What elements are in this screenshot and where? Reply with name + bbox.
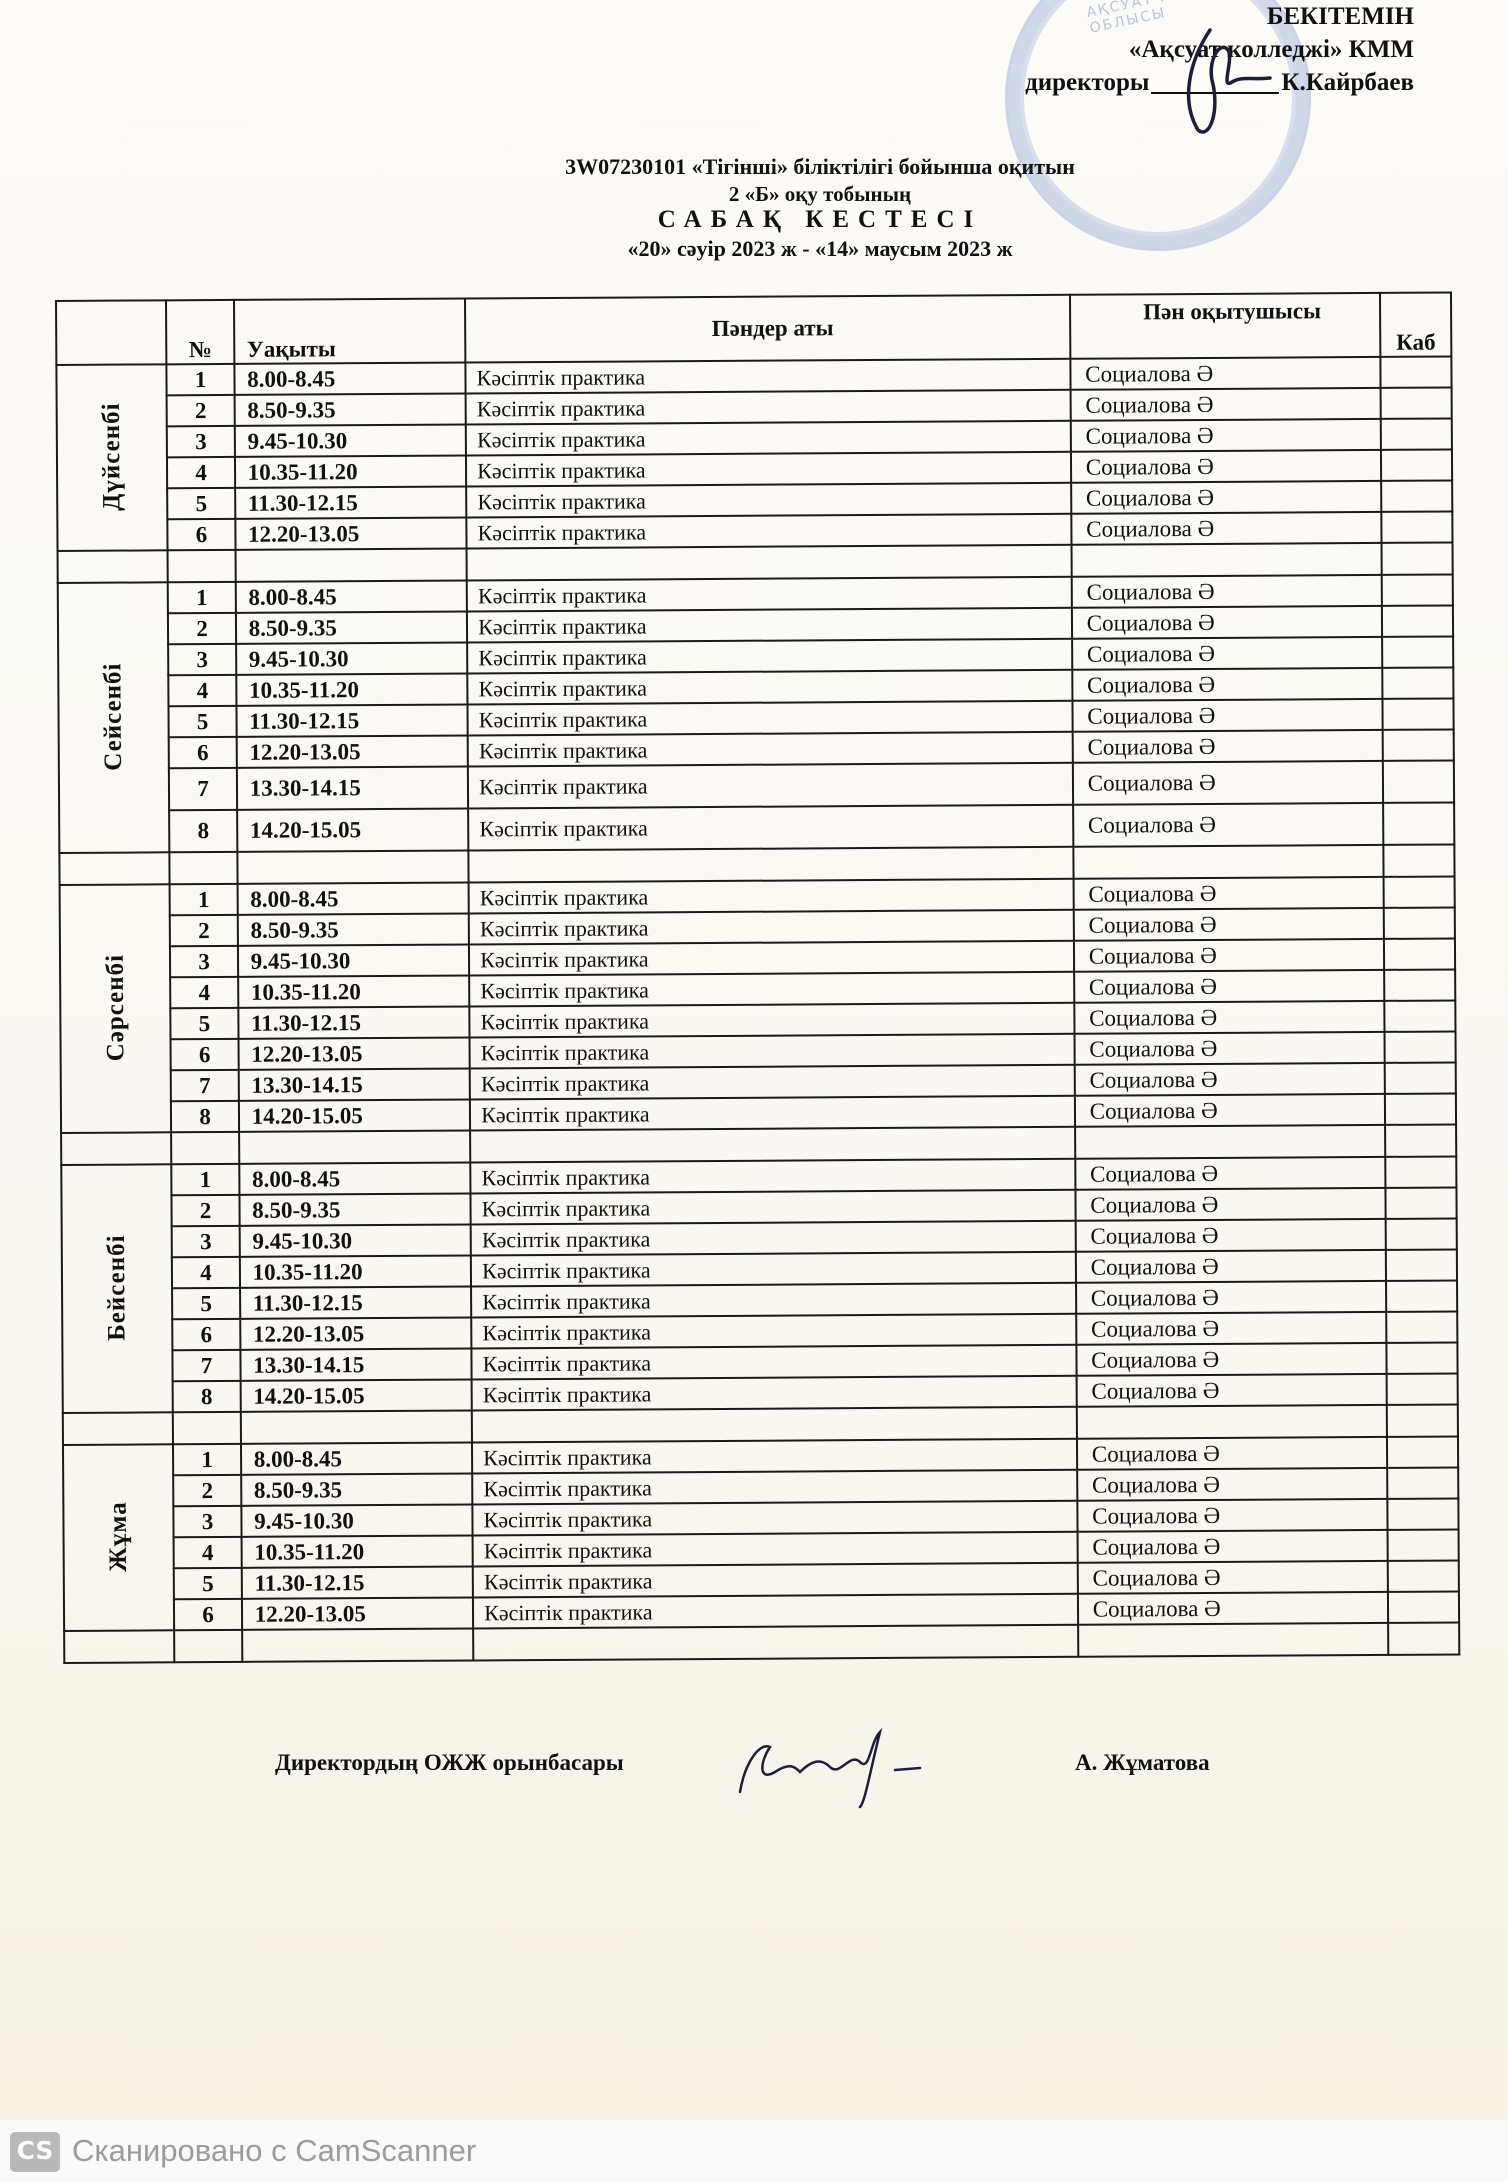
lesson-room [1385, 1093, 1456, 1124]
lesson-number: 8 [170, 810, 237, 852]
day-cell: Сәрсенбі [60, 884, 172, 1133]
lesson-teacher: Социалова Ә [1074, 1001, 1385, 1034]
lesson-room [1388, 1560, 1459, 1591]
scanned-page: АҚСУАТ КОЛЛЕДЖІ · ОБЛЫСЫ БЕКІТЕМІН «Ақсу… [0, 0, 1508, 2120]
lesson-time: 12.20-13.05 [242, 1597, 474, 1629]
lesson-subject: Кәсіптік практика [466, 390, 1071, 425]
lesson-time: 9.45-10.30 [234, 424, 466, 456]
lesson-number: 2 [172, 1195, 239, 1226]
header-number: № [166, 300, 234, 364]
lesson-room [1388, 1498, 1459, 1529]
lesson-time: 12.20-13.05 [240, 1317, 472, 1349]
lesson-room [1386, 1187, 1457, 1218]
lesson-subject: Кәсіптік практика [470, 1034, 1075, 1069]
lesson-subject: Кәсіптік практика [466, 452, 1071, 487]
lesson-time: 8.00-8.45 [241, 1442, 473, 1474]
lesson-subject: Кәсіптік практика [469, 910, 1074, 945]
lesson-room [1382, 511, 1453, 542]
lesson-time: 10.35-11.20 [235, 455, 467, 487]
lesson-teacher: Социалова Ә [1075, 1157, 1386, 1190]
lesson-teacher: Социалова Ә [1073, 803, 1384, 847]
lesson-number: 5 [172, 1288, 239, 1319]
lesson-time: 13.30-14.15 [238, 1068, 470, 1100]
lesson-number: 1 [168, 582, 235, 613]
lesson-room [1388, 1591, 1459, 1622]
lesson-number: 1 [173, 1444, 240, 1475]
lesson-time: 11.30-12.15 [240, 1286, 472, 1318]
day-cell: Бейсенбі [61, 1164, 173, 1413]
lesson-teacher: Социалова Ә [1071, 481, 1382, 514]
empty-cell [59, 852, 170, 885]
lesson-time: 12.20-13.05 [235, 517, 467, 549]
lesson-subject: Кәсіптік практика [468, 763, 1073, 809]
empty-cell [61, 1132, 172, 1165]
day-cell: Дүйсенбі [56, 364, 168, 551]
empty-cell [1388, 1622, 1459, 1654]
lesson-time: 13.30-14.15 [237, 766, 469, 809]
lesson-time: 10.35-11.20 [241, 1535, 473, 1567]
day-label: Бейсенбі [104, 1234, 131, 1341]
deputy-signature-icon [720, 1722, 980, 1812]
document-title: 3W07230101 «Тігінші» біліктілігі бойынша… [470, 152, 1170, 264]
lesson-number: 1 [167, 364, 234, 395]
lesson-subject: Кәсіптік практика [466, 421, 1071, 456]
lesson-number: 3 [172, 1226, 239, 1257]
lesson-subject: Кәсіптік практика [467, 608, 1072, 643]
lesson-number: 2 [170, 915, 237, 946]
lesson-time: 8.00-8.45 [234, 362, 466, 394]
lesson-time: 11.30-12.15 [236, 704, 468, 736]
lesson-number: 7 [171, 1070, 238, 1101]
lesson-subject: Кәсіптік практика [471, 1221, 1076, 1256]
empty-cell [1387, 1404, 1458, 1436]
lesson-number: 2 [168, 613, 235, 644]
lesson-room [1385, 1031, 1456, 1062]
empty-cell [467, 545, 1072, 581]
lesson-room [1382, 574, 1453, 605]
lesson-time: 8.50-9.35 [239, 1193, 471, 1225]
lesson-subject: Кәсіптік практика [471, 1190, 1076, 1225]
empty-cell [170, 852, 237, 884]
lesson-time: 11.30-12.15 [235, 486, 467, 518]
lesson-room [1383, 667, 1454, 698]
lesson-number: 6 [168, 519, 235, 550]
lesson-time: 8.50-9.35 [237, 913, 469, 945]
lesson-time: 9.45-10.30 [236, 642, 468, 674]
lesson-number: 7 [173, 1350, 240, 1381]
lesson-subject: Кәсіптік практика [470, 1065, 1075, 1100]
lesson-subject: Кәсіптік практика [473, 1594, 1078, 1629]
lesson-time: 13.30-14.15 [240, 1348, 472, 1380]
lesson-room [1386, 1218, 1457, 1249]
director-label: директоры [1025, 66, 1149, 99]
empty-cell [240, 1410, 472, 1443]
lesson-number: 5 [169, 706, 236, 737]
lesson-room [1382, 636, 1453, 667]
lesson-number: 1 [172, 1164, 239, 1195]
lesson-room [1387, 1373, 1458, 1404]
lesson-time: 8.00-8.45 [239, 1162, 471, 1194]
empty-cell [469, 847, 1074, 883]
empty-cell [1071, 543, 1382, 577]
lesson-room [1381, 387, 1452, 418]
lesson-number: 6 [169, 737, 236, 768]
empty-cell [473, 1625, 1078, 1661]
schedule-table: № Уақыты Пәндер аты Пән оқытушысы Каб Дү… [55, 291, 1460, 1664]
lesson-number: 3 [169, 644, 236, 675]
lesson-subject: Кәсіптік практика [471, 1283, 1076, 1318]
lesson-room [1381, 418, 1452, 449]
header-room: Каб [1380, 292, 1451, 356]
lesson-number: 4 [169, 675, 236, 706]
empty-cell [239, 1130, 471, 1163]
lesson-number: 4 [167, 457, 234, 488]
lesson-number: 2 [167, 395, 234, 426]
lesson-room [1384, 907, 1455, 938]
lesson-teacher: Социалова Ә [1071, 512, 1382, 545]
lesson-number: 8 [173, 1381, 240, 1412]
camscanner-text: Сканировано с CamScanner [72, 2133, 476, 2169]
lesson-subject: Кәсіптік практика [469, 879, 1074, 914]
lesson-time: 14.20-15.05 [239, 1099, 471, 1131]
title-period: «20» сәуір 2023 ж - «14» маусым 2023 ж [470, 234, 1170, 264]
lesson-time: 8.50-9.35 [236, 611, 468, 643]
lesson-time: 8.50-9.35 [241, 1473, 473, 1505]
empty-cell [168, 550, 235, 582]
lesson-number: 6 [173, 1319, 240, 1350]
lesson-teacher: Социалова Ә [1075, 1188, 1386, 1221]
empty-cell [1077, 1405, 1388, 1439]
lesson-teacher: Социалова Ә [1072, 637, 1383, 670]
lesson-number: 8 [171, 1101, 238, 1132]
lesson-teacher: Социалова Ә [1070, 357, 1381, 390]
lesson-teacher: Социалова Ә [1071, 419, 1382, 452]
lesson-subject: Кәсіптік практика [473, 1532, 1078, 1567]
lesson-subject: Кәсіптік практика [470, 1159, 1075, 1194]
lesson-subject: Кәсіптік практика [471, 1252, 1076, 1287]
empty-cell [1075, 1125, 1386, 1159]
empty-cell [64, 1630, 175, 1663]
lesson-teacher: Социалова Ә [1077, 1530, 1388, 1563]
camscanner-watermark: CS Сканировано с CamScanner [0, 2120, 1508, 2182]
lesson-teacher: Социалова Ә [1077, 1499, 1388, 1532]
empty-cell [1078, 1623, 1389, 1657]
lesson-teacher: Социалова Ә [1072, 668, 1383, 701]
lesson-subject: Кәсіптік практика [471, 1314, 1076, 1349]
lesson-room [1381, 480, 1452, 511]
lesson-teacher: Социалова Ә [1077, 1561, 1388, 1594]
lesson-number: 3 [170, 946, 237, 977]
lesson-subject: Кәсіптік практика [473, 1501, 1078, 1536]
lesson-subject: Кәсіптік практика [469, 941, 1074, 976]
empty-cell [1382, 542, 1453, 574]
lesson-time: 8.50-9.35 [234, 393, 466, 425]
lesson-time: 10.35-11.20 [236, 673, 468, 705]
empty-cell [172, 1132, 239, 1164]
lesson-subject: Кәсіптік практика [466, 359, 1071, 394]
day-cell: Жұма [63, 1444, 175, 1631]
lesson-teacher: Социалова Ә [1071, 575, 1382, 608]
lesson-number: 2 [174, 1475, 241, 1506]
lesson-time: 10.35-11.20 [240, 1255, 472, 1287]
lesson-number: 3 [167, 426, 234, 457]
lesson-time: 14.20-15.05 [237, 808, 469, 851]
lesson-number: 6 [171, 1039, 238, 1070]
empty-cell [1384, 844, 1455, 876]
lesson-time: 8.00-8.45 [237, 882, 469, 914]
director-signature-icon [1150, 20, 1300, 140]
lesson-number: 5 [171, 1008, 238, 1039]
lesson-subject: Кәсіптік практика [473, 1563, 1078, 1598]
lesson-time: 9.45-10.30 [241, 1504, 473, 1536]
lesson-teacher: Социалова Ә [1074, 939, 1385, 972]
title-qualification: 3W07230101 «Тігінші» біліктілігі бойынша… [470, 152, 1170, 182]
empty-cell [470, 1127, 1075, 1163]
lesson-time: 8.00-8.45 [235, 580, 467, 612]
lesson-subject: Кәсіптік практика [469, 972, 1074, 1007]
lesson-teacher: Социалова Ә [1074, 908, 1385, 941]
lesson-room [1381, 356, 1452, 387]
empty-cell [1073, 845, 1384, 879]
lesson-room [1386, 1311, 1457, 1342]
lesson-subject: Кәсіптік практика [467, 639, 1072, 674]
lesson-time: 10.35-11.20 [238, 975, 470, 1007]
lesson-teacher: Социалова Ә [1076, 1374, 1387, 1407]
camscanner-logo-icon: CS [10, 2132, 60, 2172]
empty-cell [235, 548, 467, 581]
lesson-room [1386, 1156, 1457, 1187]
lesson-time: 12.20-13.05 [236, 735, 468, 767]
lesson-room [1384, 969, 1455, 1000]
empty-cell [242, 1628, 474, 1661]
lesson-room [1387, 1436, 1458, 1467]
lesson-time: 9.45-10.30 [238, 944, 470, 976]
header-subject: Пәндер аты [465, 295, 1070, 363]
lesson-teacher: Социалова Ә [1074, 1032, 1385, 1065]
title-group: 2 «Б» оқу тобының [470, 182, 1170, 206]
lesson-number: 4 [174, 1537, 241, 1568]
lesson-teacher: Социалова Ә [1072, 730, 1383, 763]
empty-cell [173, 1412, 240, 1444]
lesson-room [1383, 760, 1454, 802]
lesson-number: 3 [174, 1506, 241, 1537]
lesson-teacher: Социалова Ә [1077, 1437, 1388, 1470]
lesson-number: 7 [169, 768, 236, 810]
lesson-teacher: Социалова Ә [1073, 877, 1384, 910]
lesson-teacher: Социалова Ә [1074, 1063, 1385, 1096]
lesson-room [1385, 1000, 1456, 1031]
day-label: Сәрсенбі [102, 953, 129, 1061]
lesson-teacher: Социалова Ә [1071, 450, 1382, 483]
lesson-time: 9.45-10.30 [239, 1224, 471, 1256]
lesson-teacher: Социалова Ә [1077, 1468, 1388, 1501]
lesson-room [1383, 729, 1454, 760]
empty-cell [175, 1630, 242, 1662]
table-header-row: № Уақыты Пәндер аты Пән оқытушысы Каб [56, 292, 1451, 365]
day-label: Жұма [106, 1501, 132, 1572]
lesson-room [1388, 1529, 1459, 1560]
lesson-subject: Кәсіптік практика [472, 1439, 1077, 1474]
lesson-time: 11.30-12.15 [241, 1566, 473, 1598]
lesson-room [1381, 449, 1452, 480]
lesson-subject: Кәсіптік практика [470, 1096, 1075, 1131]
lesson-teacher: Социалова Ә [1070, 388, 1381, 421]
lesson-number: 4 [172, 1257, 239, 1288]
lesson-room [1384, 876, 1455, 907]
deputy-role: Директордың ОЖЖ орынбасары [275, 1750, 624, 1776]
lesson-room [1382, 605, 1453, 636]
lesson-teacher: Социалова Ә [1075, 1219, 1386, 1252]
lesson-subject: Кәсіптік практика [468, 805, 1073, 851]
lesson-room [1383, 698, 1454, 729]
title-schedule: САБАҚ КЕСТЕСІ [470, 206, 1170, 234]
lesson-subject: Кәсіптік практика [468, 701, 1073, 736]
lesson-subject: Кәсіптік практика [466, 483, 1071, 518]
lesson-number: 5 [174, 1568, 241, 1599]
lesson-subject: Кәсіптік практика [472, 1376, 1077, 1411]
lesson-time: 11.30-12.15 [238, 1006, 470, 1038]
header-day [56, 300, 167, 365]
empty-cell [63, 1412, 174, 1445]
lesson-subject: Кәсіптік практика [469, 1003, 1074, 1038]
lesson-room [1387, 1467, 1458, 1498]
lesson-subject: Кәсіптік практика [468, 732, 1073, 767]
lesson-teacher: Социалова Ә [1072, 606, 1383, 639]
lesson-number: 4 [171, 977, 238, 1008]
lesson-subject: Кәсіптік практика [466, 514, 1071, 549]
lesson-number: 1 [170, 884, 237, 915]
deputy-name: А. Жұматова [1075, 1750, 1210, 1776]
lesson-time: 14.20-15.05 [240, 1379, 472, 1411]
lesson-room [1384, 938, 1455, 969]
lesson-teacher: Социалова Ә [1072, 699, 1383, 732]
lesson-teacher: Социалова Ә [1075, 1094, 1386, 1127]
lesson-subject: Кәсіптік практика [467, 577, 1072, 612]
lesson-time: 12.20-13.05 [238, 1037, 470, 1069]
lesson-room [1385, 1062, 1456, 1093]
lesson-room [1383, 802, 1454, 844]
day-label: Сейсенбі [100, 662, 127, 770]
director-name: К.Кайрбаев [1281, 66, 1414, 99]
lesson-teacher: Социалова Ә [1074, 970, 1385, 1003]
lesson-teacher: Социалова Ә [1076, 1250, 1387, 1283]
empty-cell [58, 550, 169, 583]
lesson-teacher: Социалова Ә [1076, 1281, 1387, 1314]
lesson-subject: Кәсіптік практика [472, 1345, 1077, 1380]
lesson-number: 5 [168, 488, 235, 519]
lesson-number: 6 [174, 1599, 241, 1630]
lesson-teacher: Социалова Ә [1078, 1592, 1389, 1625]
lesson-subject: Кәсіптік практика [472, 1470, 1077, 1505]
lesson-room [1387, 1342, 1458, 1373]
lesson-subject: Кәсіптік практика [467, 670, 1072, 705]
empty-cell [472, 1407, 1077, 1443]
day-label: Дүйсенбі [99, 402, 126, 511]
empty-cell [237, 850, 469, 883]
day-cell: Сейсенбі [58, 582, 170, 853]
schedule-body: Дүйсенбі18.00-8.45Кәсіптік практикаСоциа… [56, 356, 1459, 1662]
empty-cell [1385, 1124, 1456, 1156]
lesson-teacher: Социалова Ә [1076, 1343, 1387, 1376]
lesson-room [1386, 1280, 1457, 1311]
header-teacher: Пән оқытушысы [1070, 293, 1381, 359]
header-time: Уақыты [234, 298, 466, 363]
lesson-room [1386, 1249, 1457, 1280]
lesson-teacher: Социалова Ә [1073, 761, 1384, 805]
lesson-teacher: Социалова Ә [1076, 1312, 1387, 1345]
